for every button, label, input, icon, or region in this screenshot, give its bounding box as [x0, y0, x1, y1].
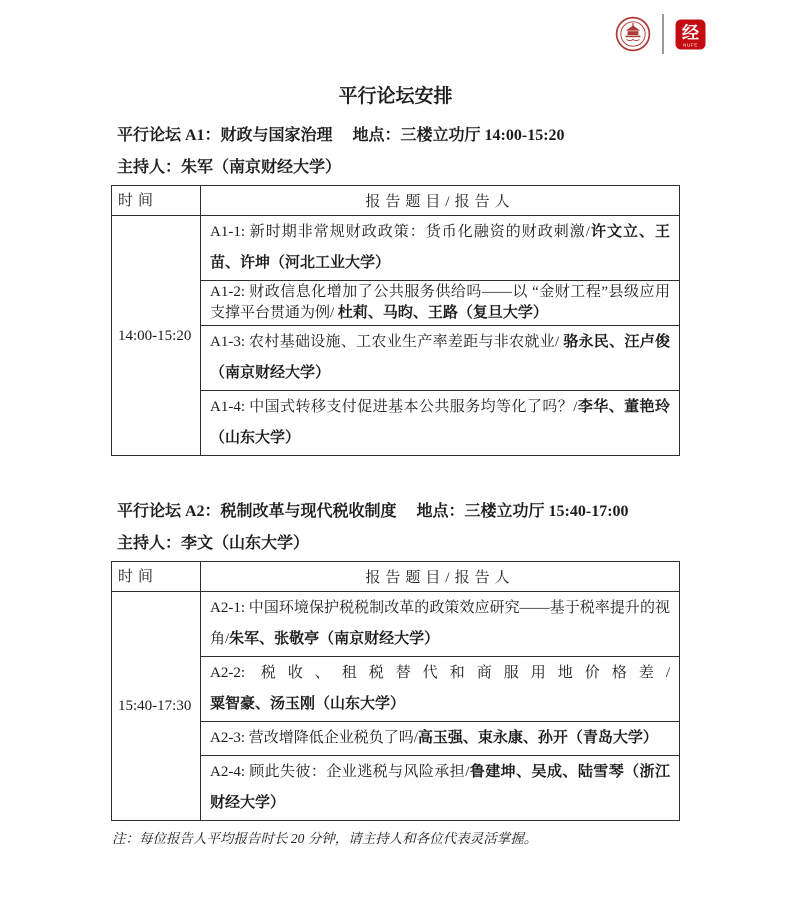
forum-a1-heading: 平行论坛 A1：财政与国家治理 地点：三楼立功厅 14:00-15:20 [117, 125, 791, 146]
column-header-topic: 报告题目/报告人 [201, 186, 680, 216]
talk-title: 税收、租税替代和商服用地价格差/ [261, 665, 670, 681]
talk-cell: A1-1: 新时期非常规财政政策：货币化融资的财政刺激/许文立、王苗、许坤（河北… [201, 216, 680, 281]
university-seal-icon [615, 16, 651, 52]
document-page: 经 NUFE 平行论坛安排 平行论坛 A1：财政与国家治理 地点：三楼立功厅 1… [0, 0, 791, 921]
talk-cell: A2-3: 营改增降低企业税负了吗/高玉强、束永康、孙开（青岛大学） [201, 722, 680, 756]
column-header-time: 时间 [112, 562, 201, 592]
column-header-topic: 报告题目/报告人 [201, 562, 680, 592]
talk-title: 营改增降低企业税负了吗/ [249, 730, 418, 746]
talk-title: 顾此失彼：企业逃税与风险承担/ [249, 764, 469, 780]
talk-id: A2-3: [210, 730, 249, 746]
column-header-time: 时间 [112, 186, 201, 216]
talk-id: A2-4: [210, 764, 249, 780]
forum-a2-heading: 平行论坛 A2：税制改革与现代税收制度 地点：三楼立功厅 15:40-17:00 [117, 501, 791, 522]
talk-speakers: 杜莉、马昀、王路（复旦大学） [338, 305, 548, 321]
table-row: 15:40-17:30 A2-1: 中国环境保护税税制改革的政策效应研究——基于… [112, 592, 680, 657]
talk-title: 新时期非常规财政政策：货币化融资的财政刺激/ [250, 224, 590, 240]
talk-id: A1-4: [210, 399, 249, 415]
talk-title: 农村基础设施、工农业生产率差距与非农就业/ [249, 334, 563, 350]
economics-school-seal-icon: 经 NUFE [675, 19, 706, 50]
page-title: 平行论坛安排 [0, 84, 791, 110]
seal-subtext: NUFE [683, 42, 698, 47]
talk-id: A2-1: [210, 600, 249, 616]
talk-id: A1-2: [210, 284, 249, 300]
talk-speakers: 粟智豪、汤玉刚（山东大学） [210, 696, 405, 712]
forum-a2-schedule-table: 时间 报告题目/报告人 15:40-17:30 A2-1: 中国环境保护税税制改… [111, 561, 680, 821]
talk-title: 中国式转移支付促进基本公共服务均等化了吗？/ [249, 399, 577, 415]
talk-cell: A1-3: 农村基础设施、工农业生产率差距与非农就业/ 骆永民、汪卢俊（南京财经… [201, 326, 680, 391]
talk-cell: A2-4: 顾此失彼：企业逃税与风险承担/鲁建坤、吴成、陆雪琴（浙江财经大学） [201, 756, 680, 821]
talk-id: A1-3: [210, 334, 249, 350]
forum-a1-host: 主持人：朱军（南京财经大学） [117, 157, 791, 178]
talk-cell: A1-2: 财政信息化增加了公共服务供给吗——以 “金财工程”县级应用支撑平台贯… [201, 281, 680, 326]
talk-cell: A2-1: 中国环境保护税税制改革的政策效应研究——基于税率提升的视角/朱军、张… [201, 592, 680, 657]
seal-character: 经 [682, 23, 699, 42]
talk-speakers: 高玉强、束永康、孙开（青岛大学） [418, 730, 658, 746]
talk-id: A2-2: [210, 665, 261, 681]
talk-id: A1-1: [210, 224, 250, 240]
table-header-row: 时间 报告题目/报告人 [112, 186, 680, 216]
table-row: 14:00-15:20 A1-1: 新时期非常规财政政策：货币化融资的财政刺激/… [112, 216, 680, 281]
table-header-row: 时间 报告题目/报告人 [112, 562, 680, 592]
session-time: 15:40-17:30 [112, 592, 201, 821]
forum-a1-schedule-table: 时间 报告题目/报告人 14:00-15:20 A1-1: 新时期非常规财政政策… [111, 185, 680, 456]
talk-cell: A2-2: 税收、租税替代和商服用地价格差/粟智豪、汤玉刚（山东大学） [201, 657, 680, 722]
logo-divider [662, 14, 664, 54]
session-time: 14:00-15:20 [112, 216, 201, 456]
footnote: 注：每位报告人平均报告时长 20 分钟，请主持人和各位代表灵活掌握。 [112, 830, 791, 848]
talk-speakers: 朱军、张敬亭（南京财经大学） [229, 631, 439, 647]
header-logos: 经 NUFE [615, 14, 706, 54]
talk-cell: A1-4: 中国式转移支付促进基本公共服务均等化了吗？/李华、董艳玲（山东大学） [201, 391, 680, 456]
forum-a2-host: 主持人：李文（山东大学） [117, 533, 791, 554]
